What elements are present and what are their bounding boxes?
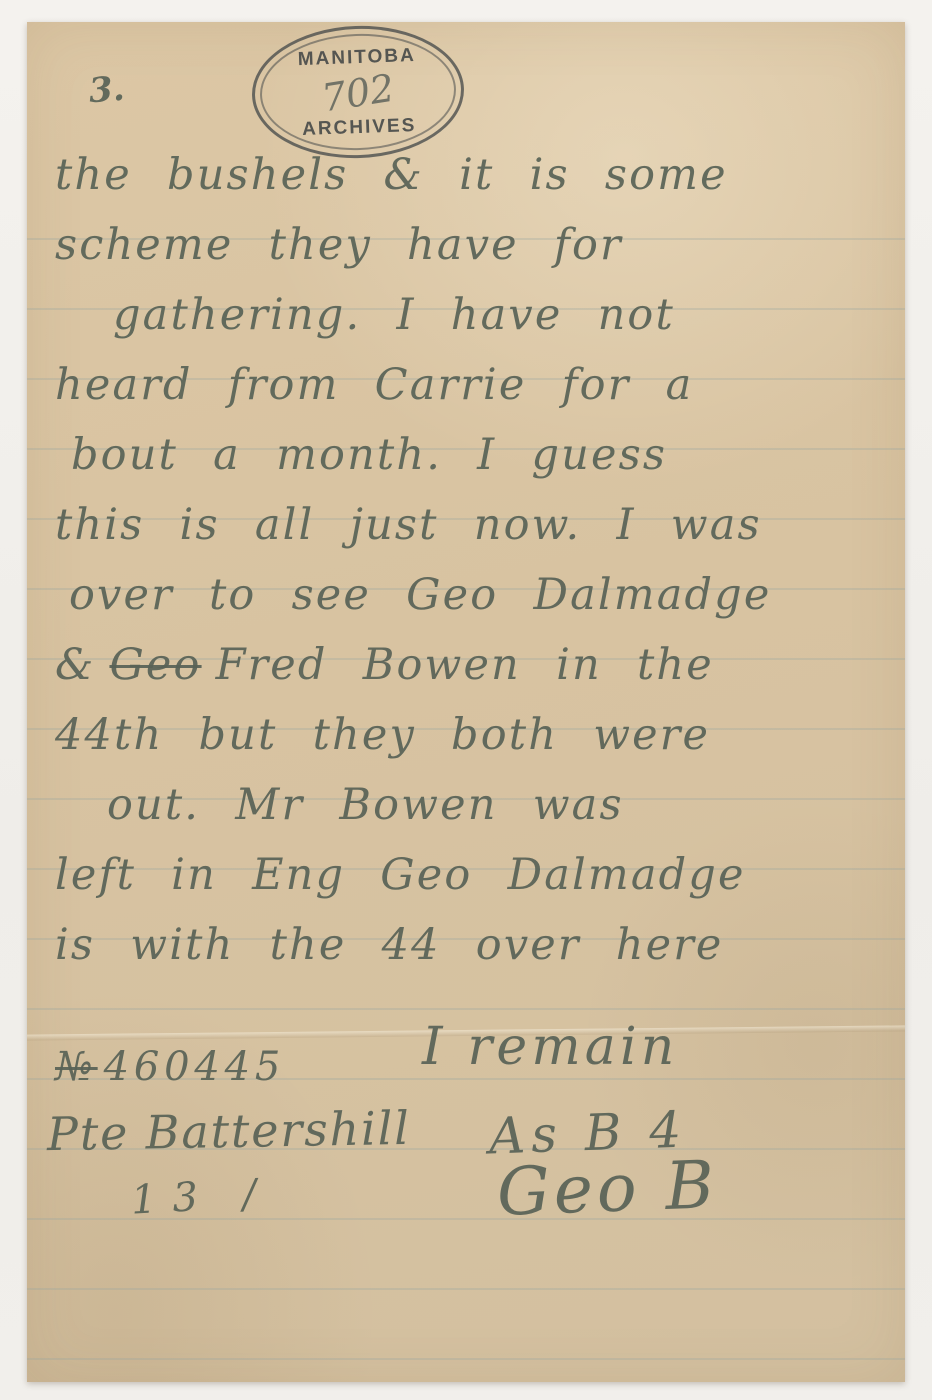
date-note: 13 / [130, 1170, 273, 1223]
signature: Geo B [496, 1146, 719, 1231]
service-number: 460445 [104, 1044, 286, 1090]
letter-line-with-strikeout: &GeoFred Bowen in the [55, 630, 885, 700]
letter-line: is with the 44 over here [55, 910, 885, 980]
service-number-line: №460445 [55, 1044, 285, 1090]
letter-line: heard from Carrie for a [55, 350, 885, 420]
letter-line: scheme they have for [55, 210, 885, 280]
letter-line: 44th but they both were [55, 700, 885, 770]
letter-line: this is all just now. I was [55, 490, 885, 560]
line-rest: Fred Bowen in the [216, 640, 714, 690]
sender-name: Pte Battershill [47, 1101, 412, 1161]
page-number: 3. [88, 69, 126, 111]
letter-line: left in Eng Geo Dalmadge [55, 840, 885, 910]
letter-line: bout a month. I guess [55, 420, 885, 490]
valediction: I remain [422, 1017, 678, 1077]
letter-line: over to see Geo Dalmadge [55, 560, 885, 630]
struck-word: Geo [109, 640, 201, 690]
letter-body: the bushels & it is some scheme they hav… [55, 140, 885, 980]
letter-line: out. Mr Bowen was [55, 770, 885, 840]
letter-line: the bushels & it is some [55, 140, 885, 210]
service-number-prefix-struck: № [55, 1044, 98, 1090]
letter-paper: 3. MANITOBA 702 ARCHIVES the bushels & i… [27, 22, 905, 1382]
line-prefix: & [55, 640, 95, 690]
letter-line: gathering. I have not [55, 280, 885, 350]
